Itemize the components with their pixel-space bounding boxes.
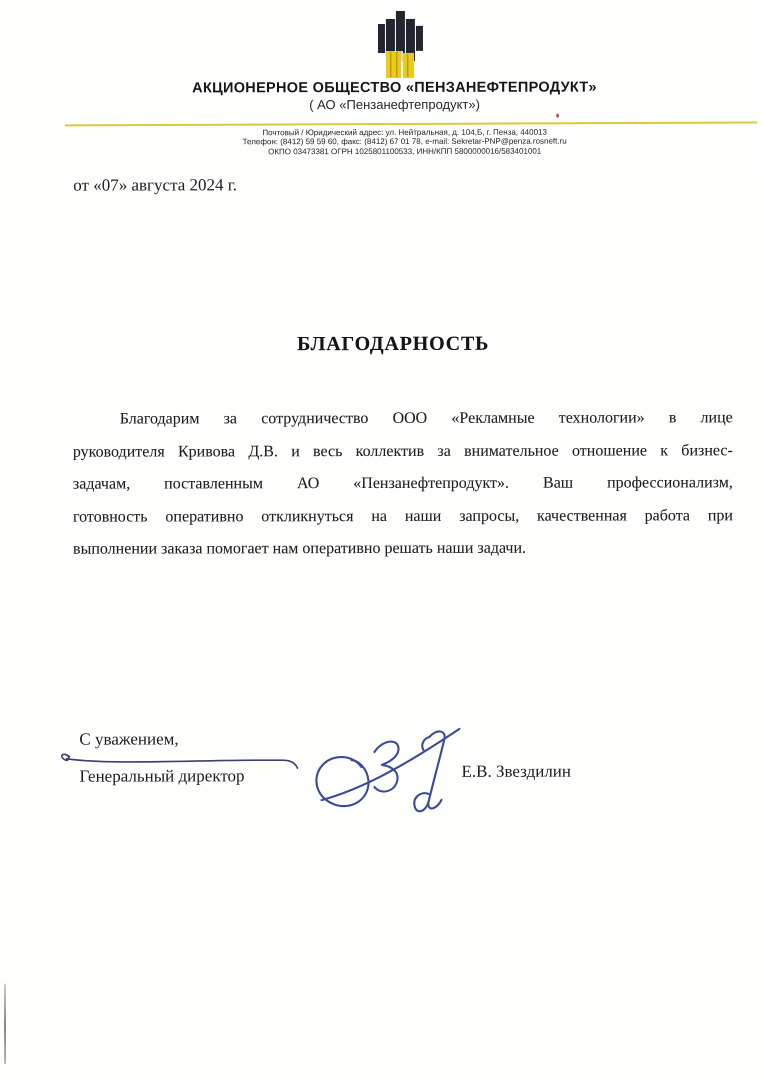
letter-body: Благодарим за сотрудничество ООО «Реклам… [73,402,733,566]
company-name-full: АКЦИОНЕРНОЕ ОБЩЕСТВО «ПЕНЗАНЕФТЕПРОДУКТ» [13,79,763,97]
signature-ink [289,705,479,820]
body-line: задачам, поставленным АО «Пензанефтепрод… [73,467,733,501]
company-name-short: ( АО «Пензанефтепродукт») [13,96,763,113]
contact-registry-line: ОКПО 03473381 ОГРН 1025801100533, ИНН/КП… [23,146,763,157]
letter-date: от «07» августа 2024 г. [73,175,237,195]
body-line: руководителя Кривова Д.В. и весь коллект… [73,435,733,469]
letterhead-divider [65,121,757,126]
signer-position: Генеральный директор [79,766,244,786]
letter-title: БЛАГОДАРНОСТЬ [12,332,763,357]
rosneft-derrick-icon [378,11,424,79]
scanned-letter-page: АКЦИОНЕРНОЕ ОБЩЕСТВО «ПЕНЗАНЕФТЕПРОДУКТ»… [0,0,763,1080]
body-line: выполнении заказа помогает нам оперативн… [73,533,733,567]
signer-name: Е.В. Звездилин [461,762,571,782]
body-line: Благодарим за сотрудничество ООО «Реклам… [73,402,733,436]
scan-edge-artifact [4,984,6,1064]
body-line: готовность оперативно откликнуться на на… [73,500,733,534]
letterhead-contacts: Почтовый / Юридический адрес: ул. Нейтра… [23,127,763,157]
closing-salutation: С уважением, [79,729,178,749]
rosneft-logo [378,11,424,79]
scan-red-speck [556,114,559,118]
